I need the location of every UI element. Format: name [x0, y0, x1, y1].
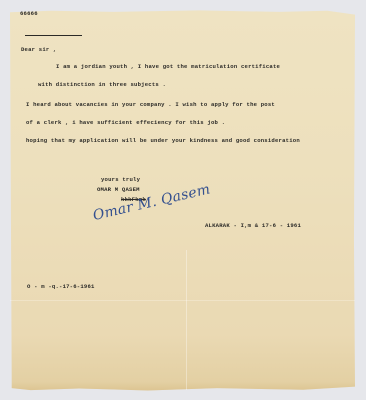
paper-fold-horizontal	[10, 300, 355, 301]
divider-rule	[25, 35, 82, 36]
body-line-1: I am a jordian youth , I have got the ma…	[56, 63, 280, 70]
salutation: Dear sir ,	[21, 46, 57, 53]
body-line-5: hoping that my application will be under…	[26, 137, 300, 144]
paper-fold-vertical	[186, 250, 187, 390]
typed-name: OMAR M QASEM	[97, 186, 140, 193]
reference-line: O - m -q.-17-6-1961	[27, 283, 95, 290]
body-line-4: of a clerk , i have sufficient effecienc…	[26, 119, 225, 126]
closing: yours truly	[101, 176, 140, 183]
reference-number: 66666	[20, 10, 38, 17]
body-line-3: I heard about vacancies in your company …	[26, 101, 275, 108]
place-date: ALKARAK - I,m & 17-6 - 1961	[205, 222, 301, 229]
body-line-2: with distinction in three subjects .	[38, 81, 166, 88]
